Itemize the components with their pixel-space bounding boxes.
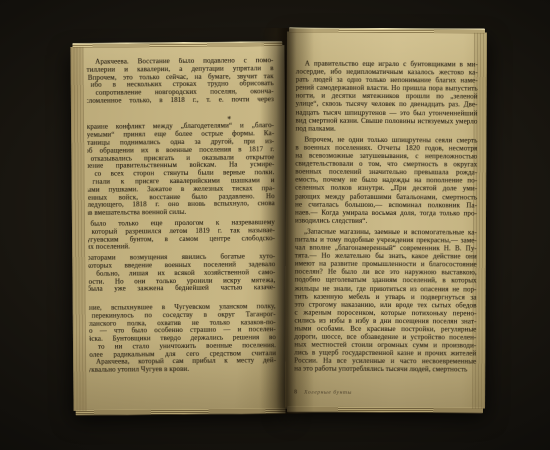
photo-background: вали на Аракчеева. Восстание было подавл… [0, 0, 550, 450]
page-top-edge-stack [72, 41, 282, 48]
text-line: под палками. [295, 124, 477, 133]
paragraph: вали на Аракчеева. Восстание было подавл… [87, 57, 274, 113]
signature-number: 8 [294, 390, 297, 396]
paragraph: „Запасные магазины, заемные и вспомогате… [294, 227, 477, 374]
text-line: селенных полков изнутри. „При десятой до… [295, 184, 477, 193]
text-line: на это работы употреблялись тысячи людей… [294, 365, 476, 374]
text-line: потребовав вмешательства военной силы. [87, 208, 275, 218]
paragraph: Впрочем, не одни только шпицрутены сеяли… [295, 135, 477, 225]
text-line: ства. [87, 292, 276, 302]
page-bottom-edge-stack [76, 408, 286, 416]
paragraph: На Украине конфликт между „благодетелями… [87, 123, 275, 218]
page-bottom-edge-stack [287, 406, 483, 413]
signature-title: Холерные бунты [304, 390, 352, 396]
text-line: изводились следствия“. [295, 216, 477, 225]
paragraph: Восстание, вспыхнувшее в Чугуевском улан… [87, 303, 277, 375]
left-page-text: вали на Аракчеева. Восстание было подавл… [87, 57, 277, 375]
left-page-text-column: вали на Аракчеева. Восстание было подавл… [87, 57, 277, 381]
left-page-fore-edge [70, 47, 86, 411]
signature-footer: 8Холерные бунты [294, 381, 352, 399]
page-top-edge-stack [289, 27, 485, 33]
right-page: А правительство еще играло с бунтовщикам… [285, 31, 487, 408]
paragraph: Это было только еще прологом к назревавш… [87, 219, 276, 252]
text-line: два года. [87, 104, 274, 114]
text-line: подобно щеголеватым зданиям поселений, в… [295, 276, 477, 285]
text-line: ствий и буквально утопил Чугуев в крови. [87, 365, 277, 375]
left-page: вали на Аракчеева. Восстание было подавл… [70, 45, 287, 411]
text-line: украинских поселений. [87, 242, 276, 252]
paragraph: Инспираторами возмущения явились богатые… [87, 253, 276, 302]
right-page-text-column: А правительство еще играло с бунтовщикам… [294, 60, 478, 375]
paragraph: А правительство еще играло с бунтовщикам… [295, 60, 477, 134]
open-book: вали на Аракчеева. Восстание было подавл… [0, 0, 550, 450]
